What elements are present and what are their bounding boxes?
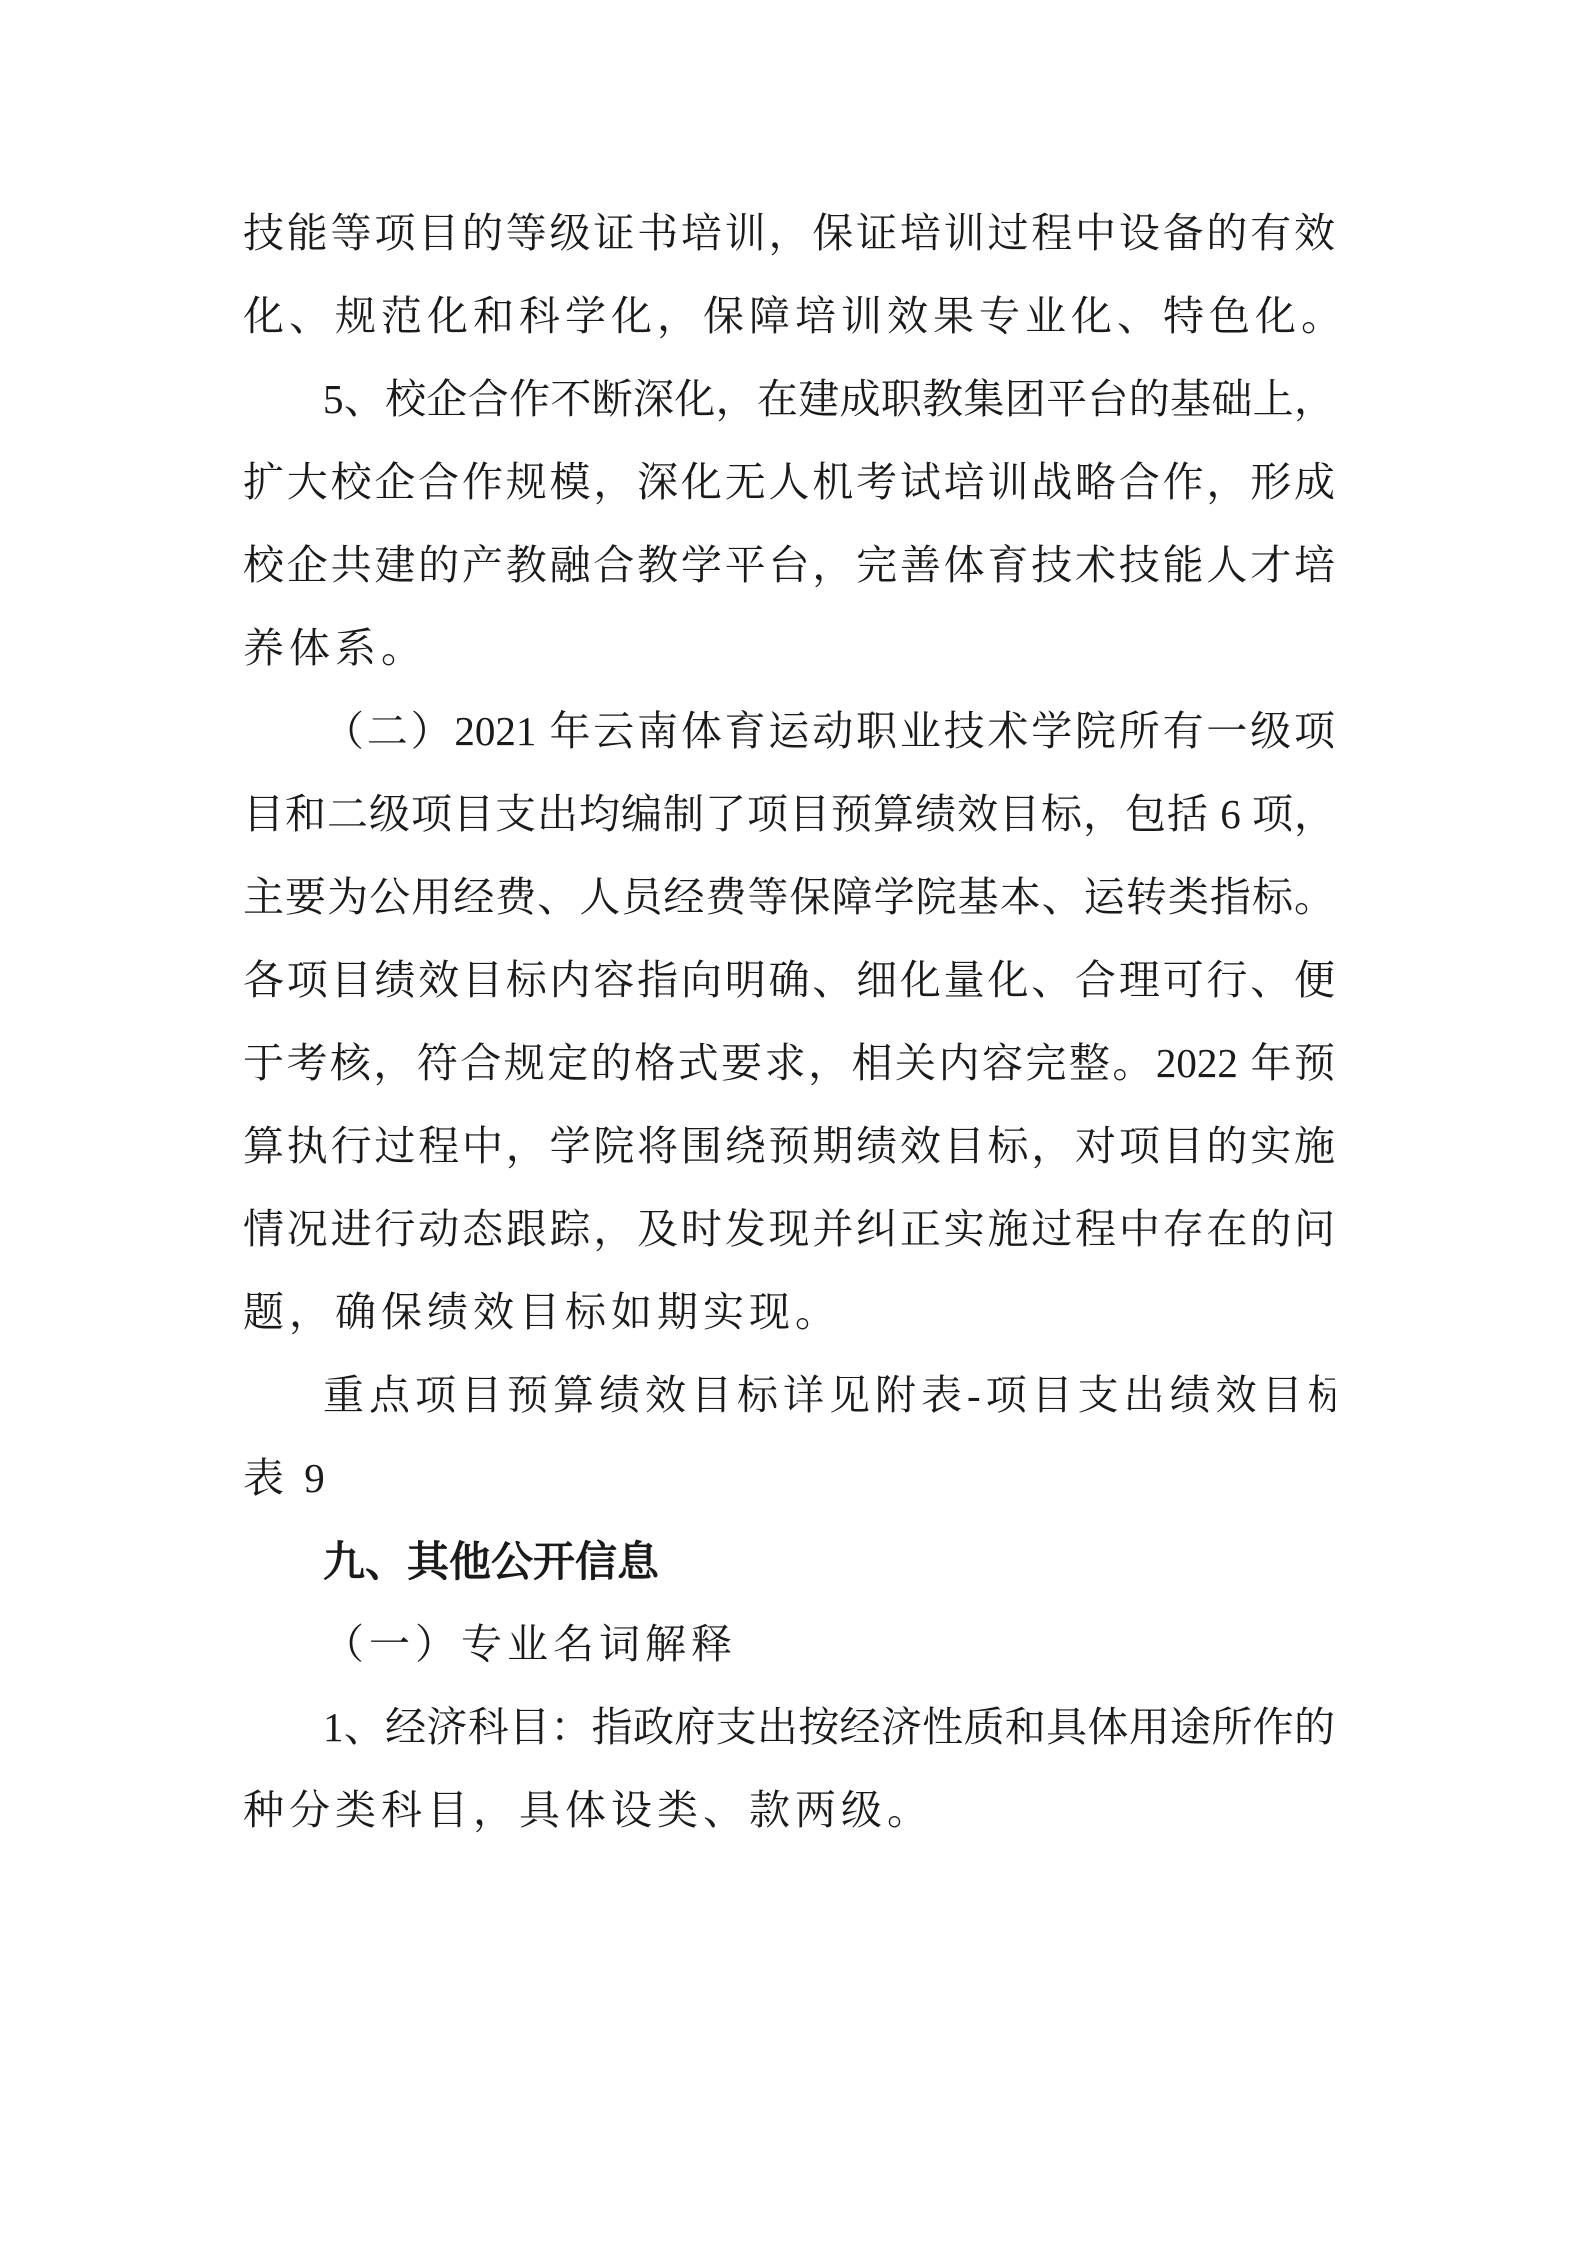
- document-line: 养体系。: [243, 607, 1335, 690]
- document-line: 各项目绩效目标内容指向明确、细化量化、合理可行、便: [243, 939, 1335, 1022]
- document-line: 算执行过程中，学院将围绕预期绩效目标，对项目的实施: [243, 1105, 1335, 1188]
- document-line: 5、校企合作不断深化，在建成职教集团平台的基础上，: [243, 358, 1335, 441]
- document-line: 重点项目预算绩效目标详见附表-项目支出绩效目标: [243, 1354, 1335, 1437]
- document-line: 技能等项目的等级证书培训，保证培训过程中设备的有效: [243, 192, 1335, 275]
- document-line: 情况进行动态跟踪，及时发现并纠正实施过程中存在的问: [243, 1188, 1335, 1271]
- document-line: 于考核，符合规定的格式要求，相关内容完整。2022 年预: [243, 1022, 1335, 1105]
- document-line: 表 9: [243, 1437, 1335, 1520]
- section-heading-line: 九、其他公开信息: [243, 1520, 1335, 1603]
- document-line: （二）2021 年云南体育运动职业技术学院所有一级项: [243, 690, 1335, 773]
- document-line: 种分类科目，具体设类、款两级。: [243, 1769, 1335, 1852]
- document-line: 化、规范化和科学化，保障培训效果专业化、特色化。: [243, 275, 1335, 358]
- document-line: 目和二级项目支出均编制了项目预算绩效目标，包括 6 项，: [243, 773, 1335, 856]
- document-line: 主要为公用经费、人员经费等保障学院基本、运转类指标。: [243, 856, 1335, 939]
- document-line: 题，确保绩效目标如期实现。: [243, 1271, 1335, 1354]
- document-line: 1、经济科目：指政府支出按经济性质和具体用途所作的一: [243, 1686, 1335, 1769]
- document-text-block: 技能等项目的等级证书培训，保证培训过程中设备的有效化、规范化和科学化，保障培训效…: [243, 192, 1335, 1852]
- document-page: 技能等项目的等级证书培训，保证培训过程中设备的有效化、规范化和科学化，保障培训效…: [0, 0, 1587, 2245]
- document-line: （一）专业名词解释: [243, 1603, 1335, 1686]
- document-line: 扩大校企合作规模，深化无人机考试培训战略合作，形成: [243, 441, 1335, 524]
- document-line: 校企共建的产教融合教学平台，完善体育技术技能人才培: [243, 524, 1335, 607]
